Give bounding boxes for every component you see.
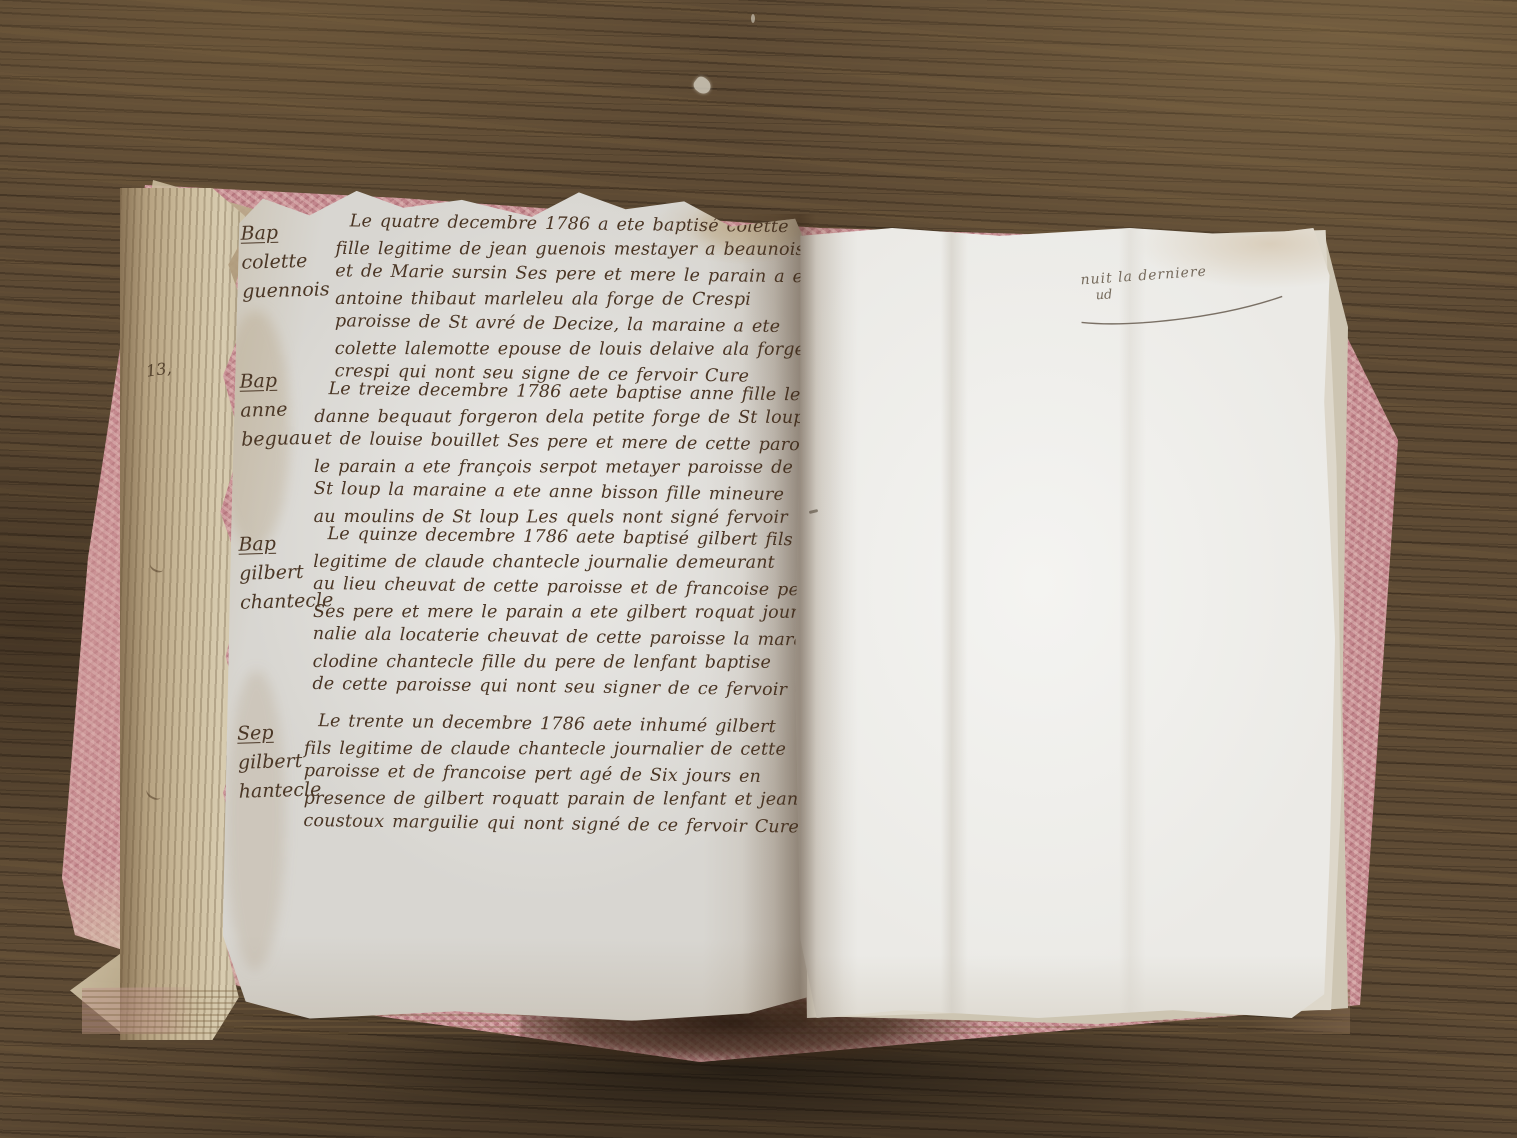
- ink-edge-mark: 13,: [145, 358, 173, 380]
- photo-of-open-register: 13, Bap colette guennois Le quatre decem…: [0, 0, 1517, 1138]
- right-page-blank: nuit la derniere ud: [795, 228, 1335, 1018]
- page-stain: [224, 670, 286, 970]
- burial-record-gilbert-chantecle: Sep gilbert hantecle Le trente un decemb…: [224, 710, 809, 714]
- margin-label: Bap colette guennois: [240, 217, 338, 307]
- left-page-manuscript: Bap colette guennois Le quatre decembre …: [222, 190, 813, 1022]
- wood-speck-mark: [751, 14, 755, 23]
- pencil-annotation: nuit la derniere ud: [1080, 264, 1208, 305]
- center-gutter-shadow: [742, 214, 858, 1026]
- record-text: Le trente un decembre 1786 aete inhumé g…: [303, 711, 799, 839]
